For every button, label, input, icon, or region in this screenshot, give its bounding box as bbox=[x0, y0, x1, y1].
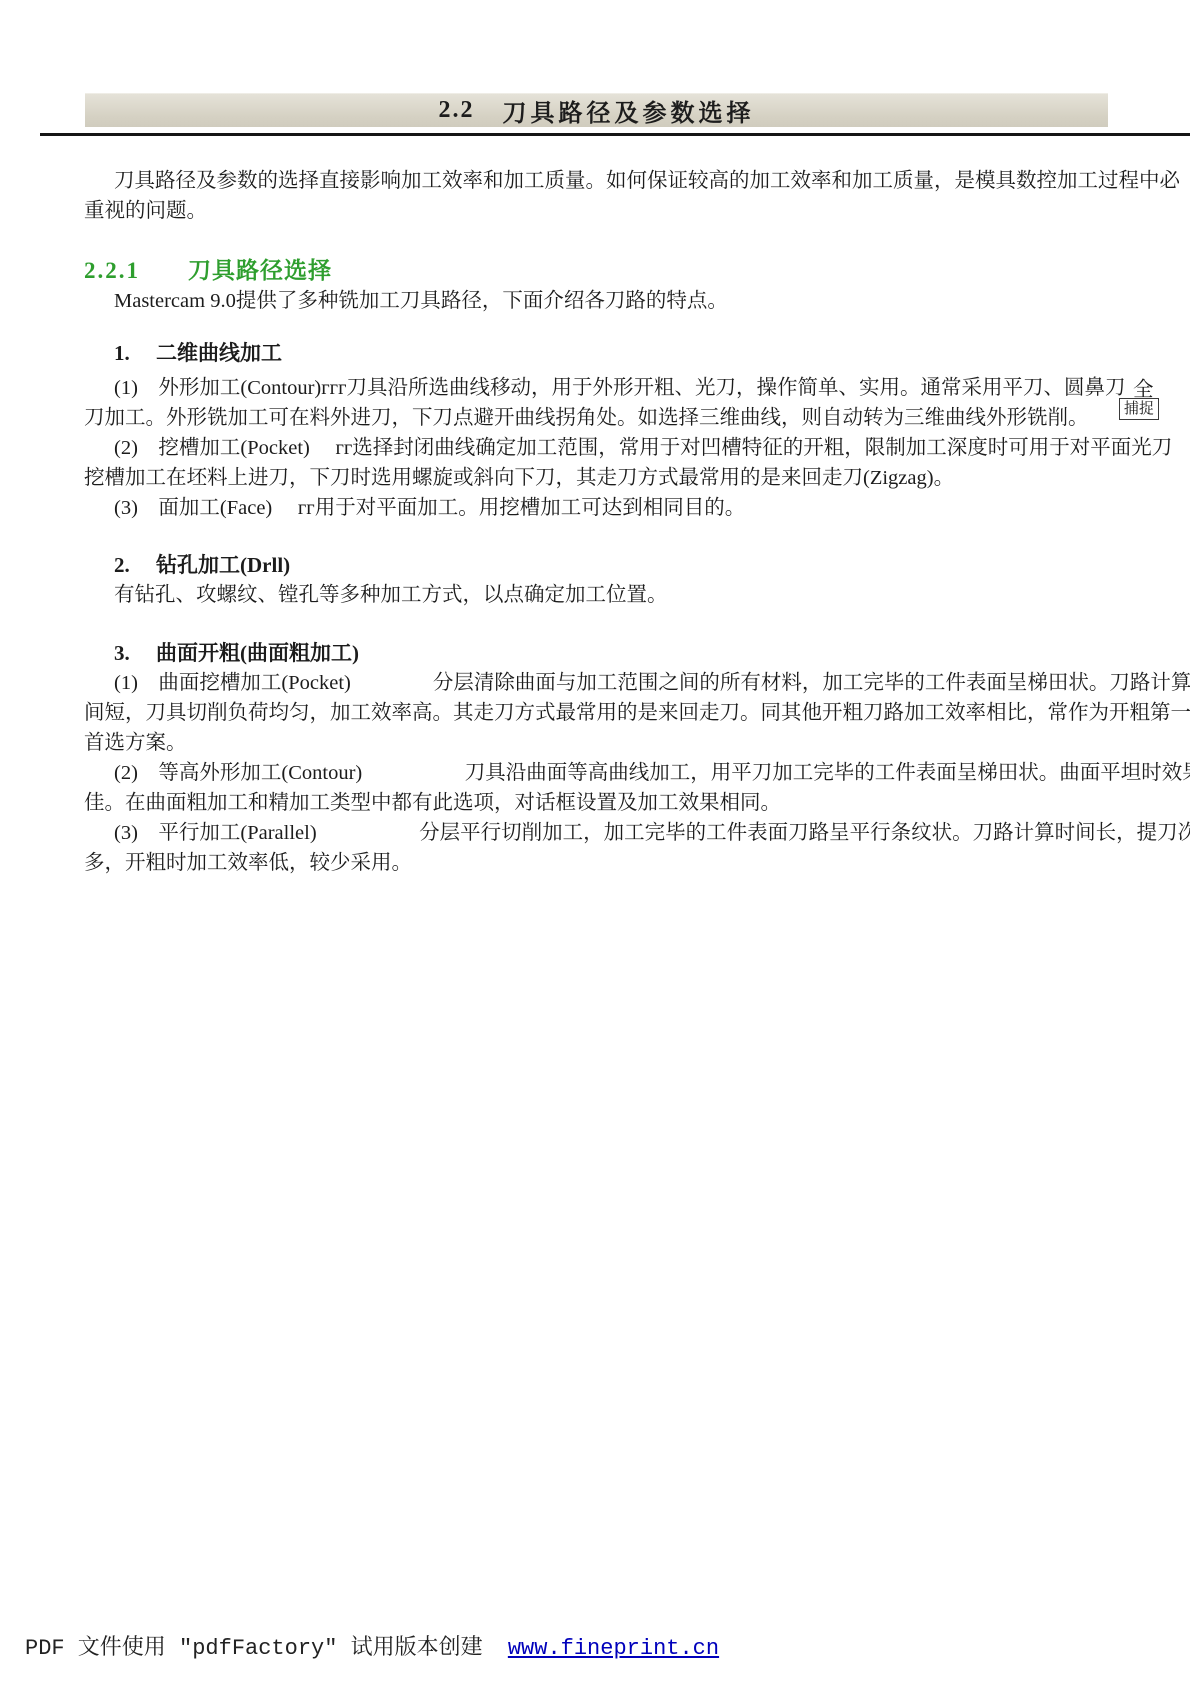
paragraph-line: (1) 曲面挖槽加工(Pocket) 分层清除曲面与加工范围之间的所有材料，加工… bbox=[84, 668, 1190, 698]
paragraph-line: 挖槽加工在坯料上进刀，下刀时选用螺旋或斜向下刀，其走刀方式最常用的是来回走刀(Z… bbox=[84, 463, 1190, 493]
paragraph-line: (3) 平行加工(Parallel) 分层平行切削加工，加工完毕的工件表面刀路呈… bbox=[84, 818, 1190, 848]
section-title: 刀具路径及参数选择 bbox=[503, 93, 755, 128]
paragraph-line: (3) 面加工(Face) гг用于对平面加工。用挖槽加工可达到相同目的。 bbox=[84, 493, 1190, 523]
paragraph-line: 间短，刀具切削负荷均匀，加工效率高。其走刀方式最常用的是来回走刀。同其他开粗刀路… bbox=[84, 698, 1190, 728]
paragraph-line: (2) 等高外形加工(Contour) 刀具沿曲面等高曲线加工，用平刀加工完毕的… bbox=[84, 758, 1190, 788]
capture-tooltip: 捕捉 bbox=[1119, 398, 1159, 420]
paragraph-line: Mastercam 9.0提供了多种铣加工刀具路径，下面介绍各刀路的特点。 bbox=[84, 286, 1190, 316]
paragraph-line: 有钻孔、攻螺纹、镗孔等多种加工方式，以点确定加工位置。 bbox=[84, 580, 1190, 610]
fineprint-link[interactable]: www.fineprint.cn bbox=[508, 1636, 719, 1661]
section-header-band: 2.2 刀具路径及参数选择 bbox=[85, 93, 1108, 127]
paragraph-line: 首选方案。 bbox=[84, 728, 1190, 758]
header-rule bbox=[40, 133, 1190, 136]
paragraph-line: 刀具路径及参数的选择直接影响加工效率和加工质量。如何保证较高的加工效率和加工质量… bbox=[84, 166, 1190, 196]
paragraph-line: (1) 外形加工(Contour)ггг刀具沿所选曲线移动，用于外形开粗、光刀，… bbox=[84, 373, 1190, 403]
watermark-text: PDF 文件使用 ″pdfFactory″ 试用版本创建 bbox=[25, 1636, 483, 1661]
list-heading-surface-rough: 3. 曲面开粗(曲面粗加工) bbox=[84, 638, 1190, 668]
paragraph-line: (2) 挖槽加工(Pocket) гг选择封闭曲线确定加工范围，常用于对凹槽特征… bbox=[84, 433, 1190, 463]
list-heading-2d-curve: 1. 二维曲线加工 bbox=[84, 338, 1190, 368]
document-page: 2.2 刀具路径及参数选择 刀具路径及参数的选择直接影响加工效率和加工质量。如何… bbox=[0, 0, 1190, 1683]
paragraph-line: 佳。在曲面粗加工和精加工类型中都有此选项，对话框设置及加工效果相同。 bbox=[84, 788, 1190, 818]
body-content: 刀具路径及参数的选择直接影响加工效率和加工质量。如何保证较高的加工效率和加工质量… bbox=[84, 166, 1190, 878]
pdf-watermark: PDF 文件使用 ″pdfFactory″ 试用版本创建 www.finepri… bbox=[25, 1633, 719, 1665]
paragraph-line: 多，开粗时加工效率低，较少采用。 bbox=[84, 848, 1190, 878]
paragraph-line: 重视的问题。 bbox=[84, 196, 1190, 226]
paragraph-line: 刀加工。外形铣加工可在料外进刀，下刀点避开曲线拐角处。如选择三维曲线，则自动转为… bbox=[84, 403, 1190, 433]
subsection-number: 2.2.1 bbox=[84, 258, 140, 283]
section-number: 2.2 bbox=[439, 97, 475, 124]
subsection-heading: 2.2.1 刀具路径选择 bbox=[84, 256, 1190, 286]
subsection-title: 刀具路径选择 bbox=[188, 258, 332, 283]
list-heading-drill: 2. 钻孔加工(Drll) bbox=[84, 550, 1190, 580]
